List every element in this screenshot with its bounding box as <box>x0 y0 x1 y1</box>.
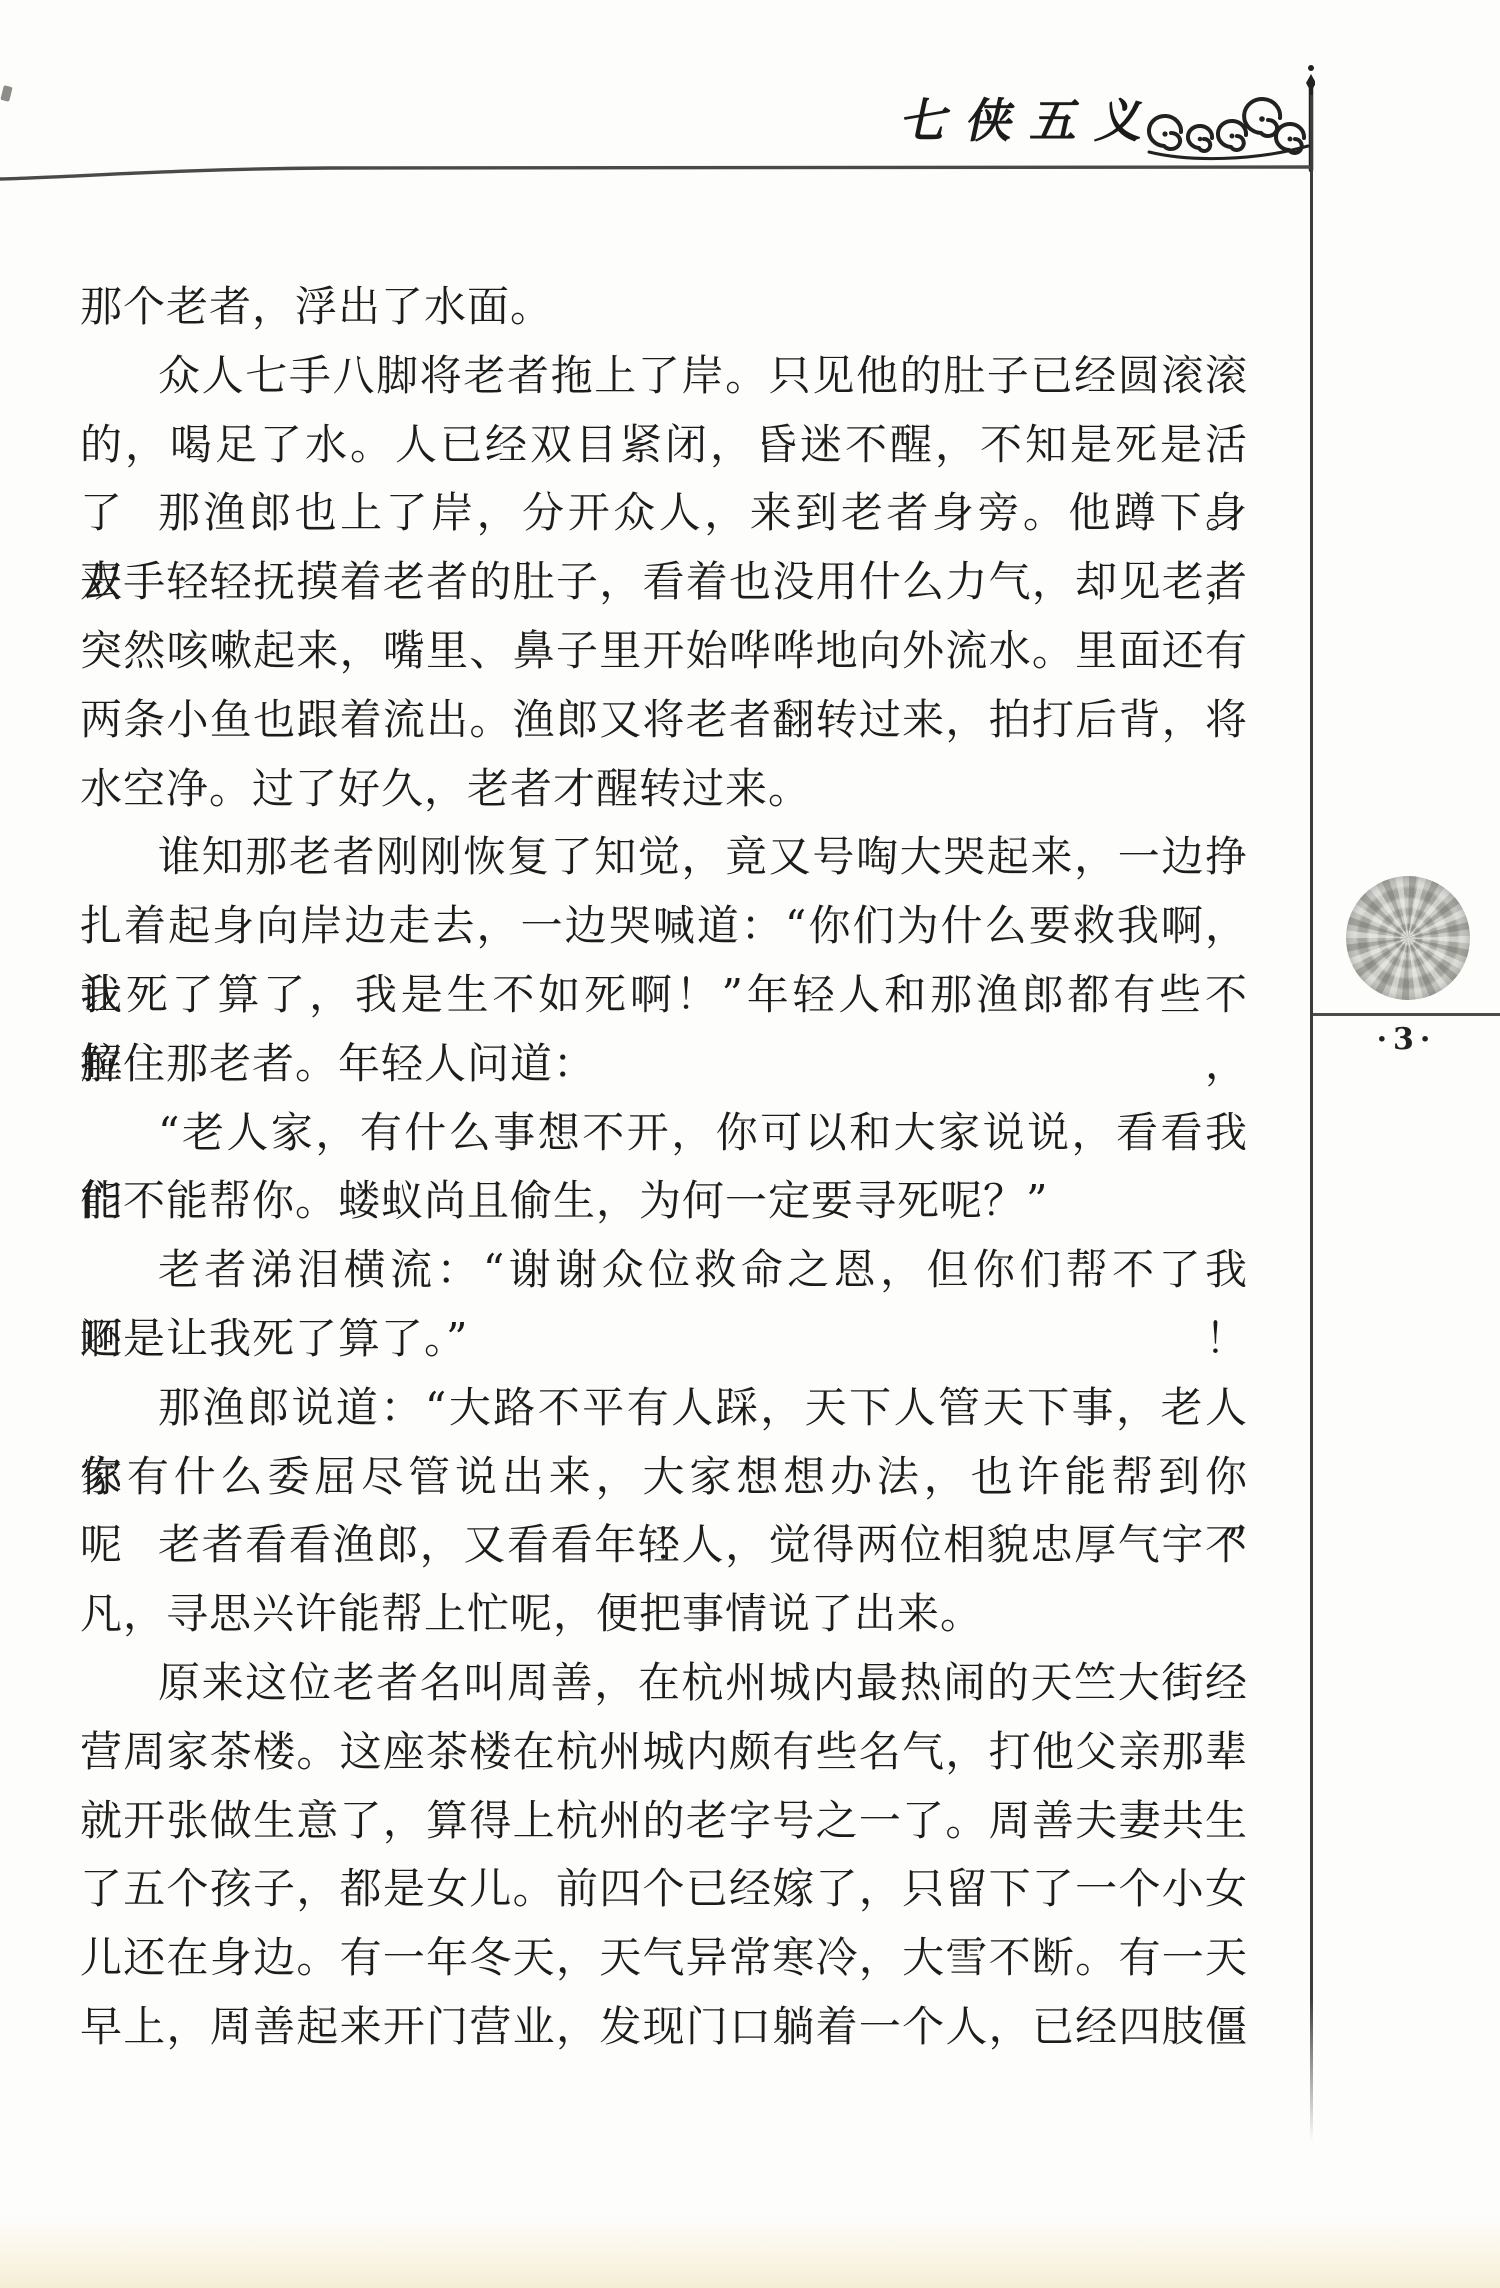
text-line: 谁知那老者刚刚恢复了知觉，竟又号啕大哭起来，一边挣 <box>80 823 1248 892</box>
text-line: 众人七手八脚将老者拖上了岸。只见他的肚子已经圆滚滚 <box>80 342 1248 411</box>
text-line: 早上，周善起来开门营业，发现门口躺着一个人，已经四肢僵 <box>80 1993 1248 2062</box>
text-line: 能不能帮你。蝼蚁尚且偷生，为何一定要寻死呢？” <box>80 1167 1248 1236</box>
header-rule <box>0 158 1500 190</box>
text-line: 儿还在身边。有一年冬天，天气异常寒冷，大雪不断。有一天 <box>80 1924 1248 1993</box>
page-number-rule <box>1313 1013 1500 1016</box>
text-line: 就开张做生意了，算得上杭州的老字号之一了。周善夫妻共生 <box>80 1787 1248 1856</box>
text-line: 那渔郎也上了岸，分开众人，来到老者身旁。他蹲下身去， <box>80 479 1248 548</box>
scan-speck <box>0 85 12 102</box>
text-line: “老人家，有什么事想不开，你可以和大家说说，看看我们 <box>80 1099 1248 1168</box>
page-number: ·3· <box>1313 1022 1500 1057</box>
text-line: 两条小鱼也跟着流出。渔郎又将老者翻转过来，拍打后背，将 <box>80 686 1248 755</box>
book-page: 七侠五义 ·3· 那个老者，浮出了水面。众人七手八脚将老者拖上了岸。只见他的肚子… <box>0 0 1500 2288</box>
text-line: 那个老者，浮出了水面。 <box>80 273 1248 342</box>
text-line: 我死了算了，我是生不如死啊！”年轻人和那渔郎都有些不解， <box>80 961 1248 1030</box>
text-line: 双手轻轻抚摸着老者的肚子，看着也没用什么力气，却见老者 <box>80 548 1248 617</box>
text-line: 你有什么委屈尽管说出来，大家想想办法，也许能帮到你呢！” <box>80 1443 1248 1512</box>
bottom-scan-tint <box>0 2214 1500 2288</box>
text-line: 老者涕泪横流：“谢谢众位救命之恩，但你们帮不了我啊！ <box>80 1236 1248 1305</box>
flourish-ornament <box>1115 62 1315 172</box>
text-line: 突然咳嗽起来，嘴里、鼻子里开始哗哗地向外流水。里面还有 <box>80 617 1248 686</box>
seal-ornament <box>1346 876 1470 1000</box>
text-line: 的，喝足了水。人已经双目紧闭，昏迷不醒，不知是死是活了。 <box>80 411 1248 480</box>
page-border-line <box>1310 95 1313 2141</box>
text-line: 原来这位老者名叫周善，在杭州城内最热闹的天竺大街经 <box>80 1649 1248 1718</box>
text-line: 凡，寻思兴许能帮上忙呢，便把事情说了出来。 <box>80 1580 1248 1649</box>
text-line: 水空净。过了好久，老者才醒转过来。 <box>80 755 1248 824</box>
text-line: 营周家茶楼。这座茶楼在杭州城内颇有些名气，打他父亲那辈 <box>80 1718 1248 1787</box>
text-line: 扎着起身向岸边走去，一边哭喊道：“你们为什么要救我啊，让 <box>80 892 1248 961</box>
text-line: 了五个孩子，都是女儿。前四个已经嫁了，只留下了一个小女 <box>80 1855 1248 1924</box>
body-text: 那个老者，浮出了水面。众人七手八脚将老者拖上了岸。只见他的肚子已经圆滚滚的，喝足… <box>80 273 1248 2062</box>
text-line: 老者看看渔郎，又看看年轻人，觉得两位相貌忠厚气宇不 <box>80 1511 1248 1580</box>
text-line: 那渔郎说道：“大路不平有人踩，天下人管天下事，老人家 <box>80 1374 1248 1443</box>
